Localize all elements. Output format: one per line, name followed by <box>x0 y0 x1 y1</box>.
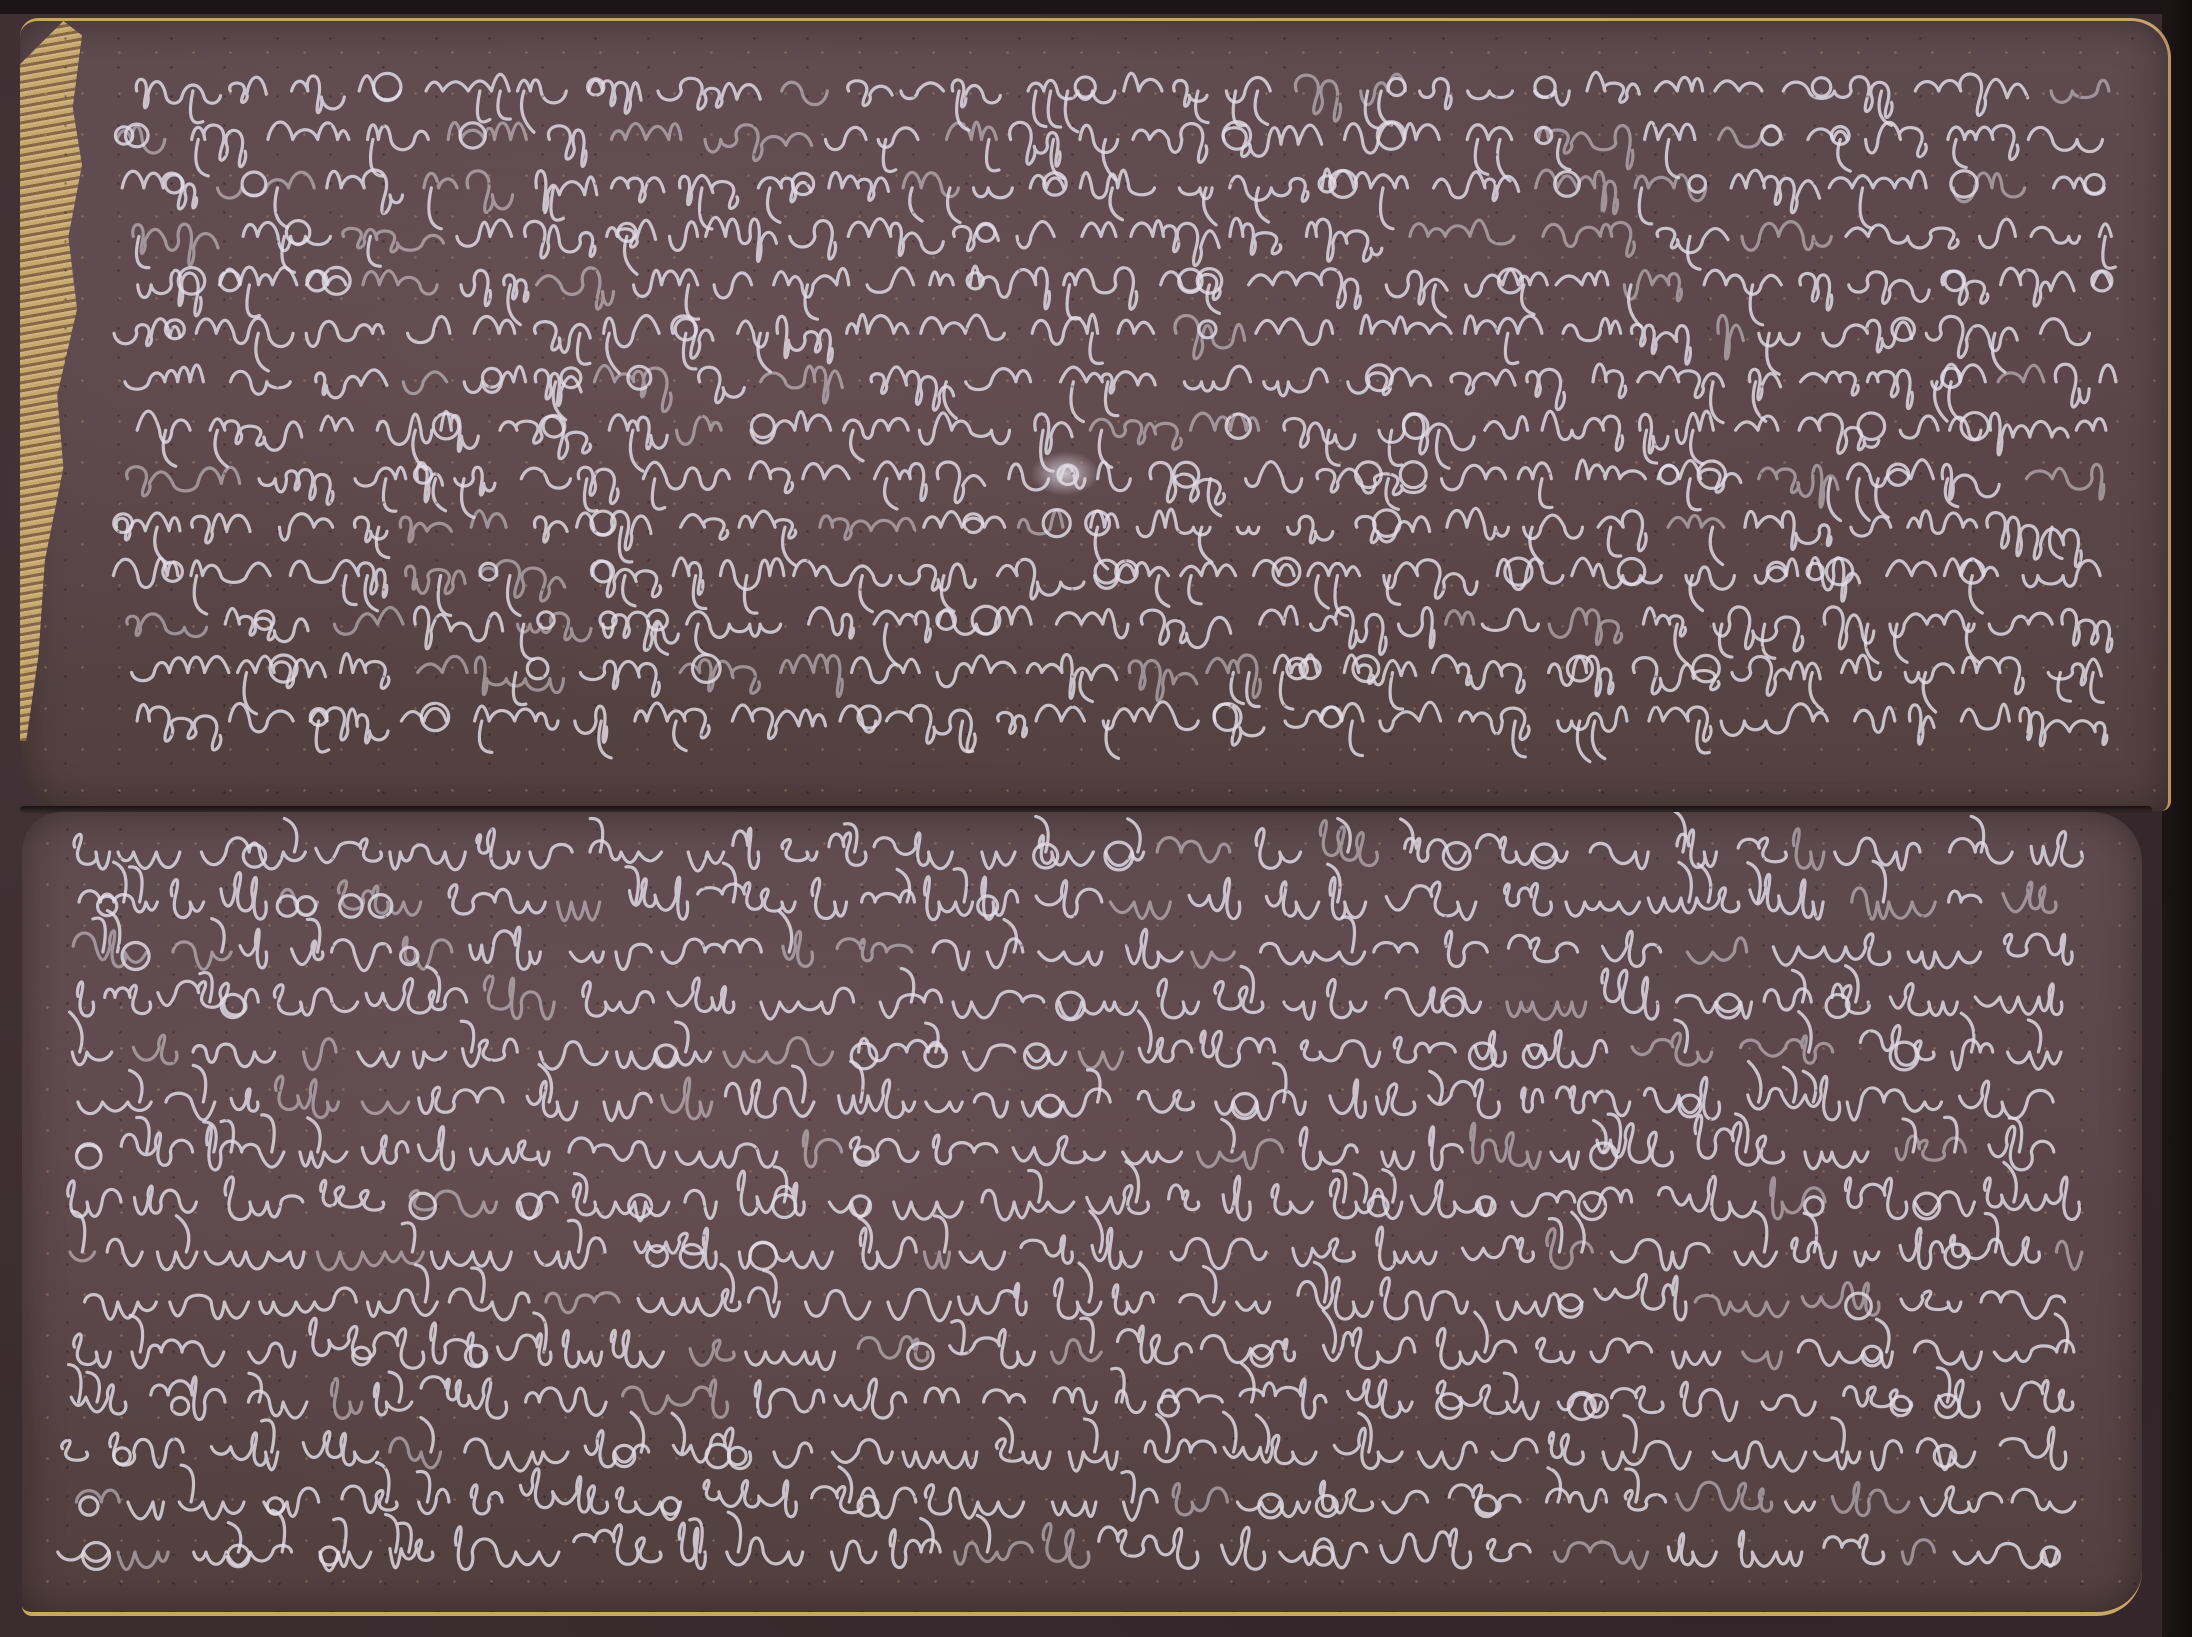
script-lines-lower <box>22 812 2142 1612</box>
manuscript-panel-upper <box>20 18 2171 811</box>
manuscript-panel-lower <box>22 812 2142 1616</box>
backdrop-top-shadow <box>0 0 2192 14</box>
script-strokes <box>22 812 2142 1612</box>
script-strokes <box>20 21 2168 811</box>
script-lines-upper <box>20 21 2168 811</box>
